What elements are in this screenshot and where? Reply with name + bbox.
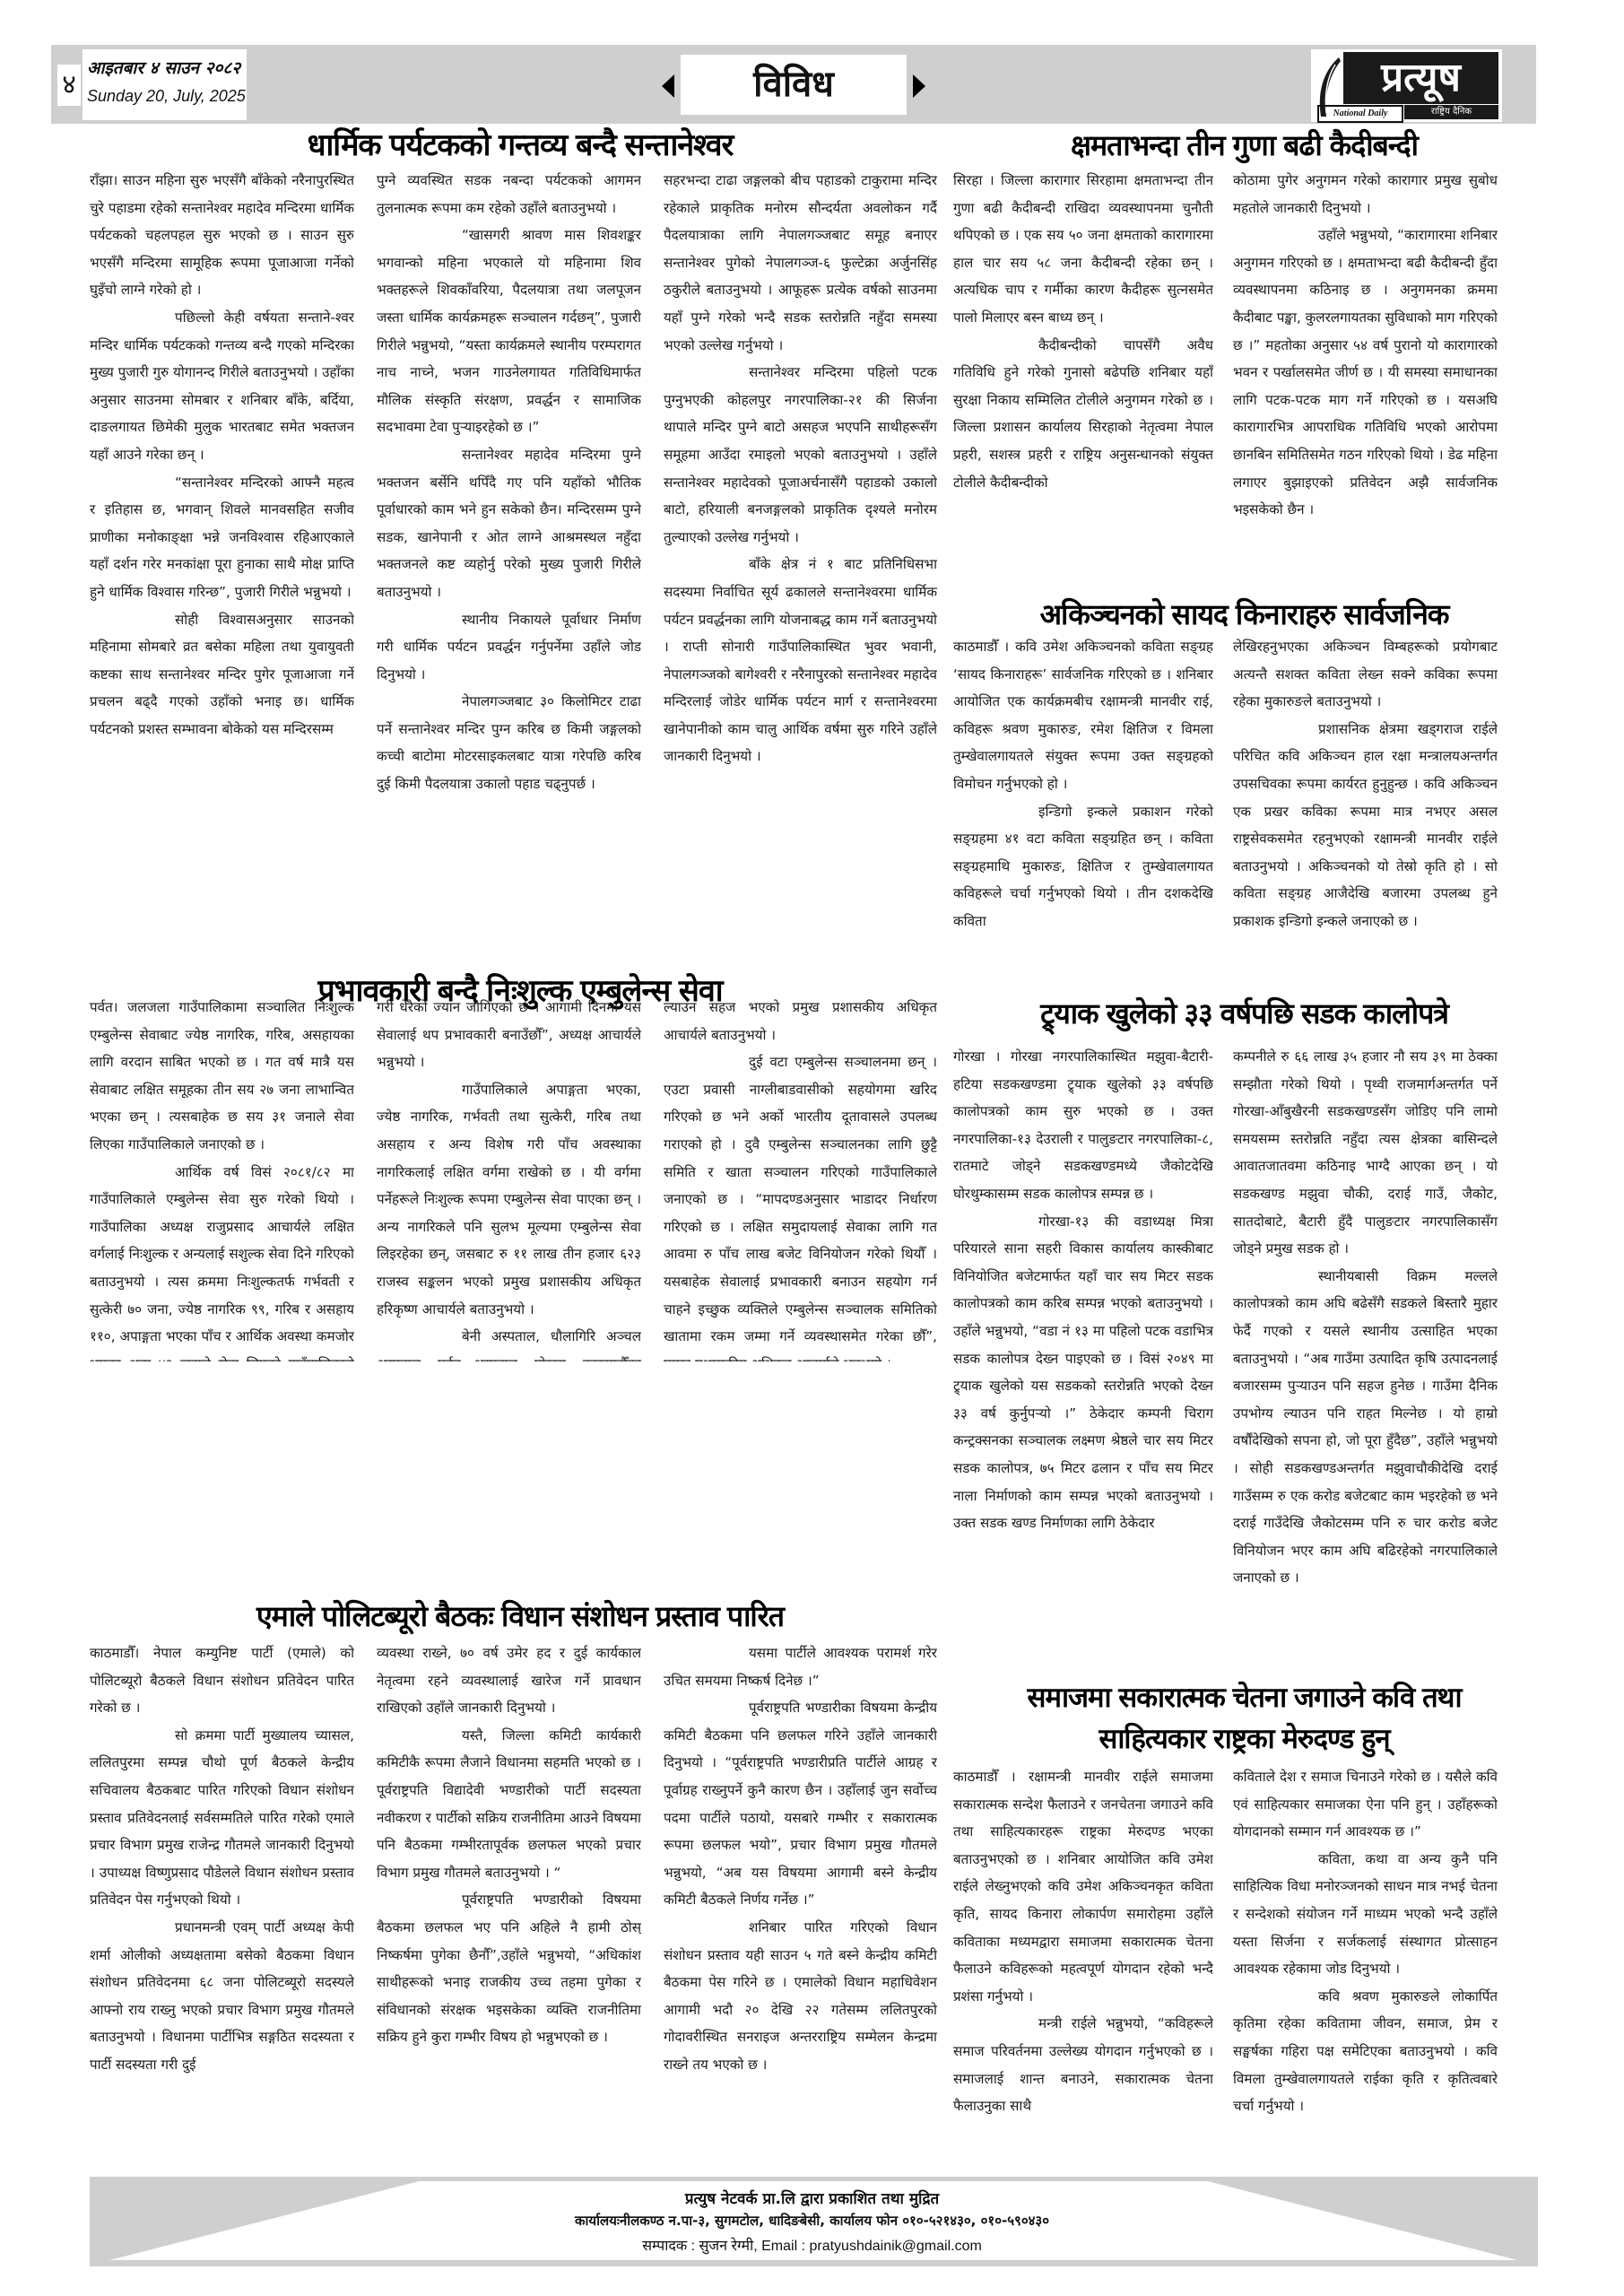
- headline: क्षमताभन्दा तीन गुणा बढी कैदीबन्दी: [951, 126, 1538, 165]
- paragraph: सिरहा । जिल्ला कारागार सिरहामा क्षमताभन्…: [953, 167, 1213, 332]
- paragraph: कविताले देश र समाज चिनाउने गरेको छ । यसै…: [1233, 1763, 1498, 1846]
- article-column: सिरहा । जिल्ला कारागार सिरहामा क्षमताभन्…: [953, 167, 1213, 597]
- date-nepali: आइतबार ४ साउन २०८२: [87, 56, 240, 79]
- paragraph: यस्तै, जिल्ला कमिटी कार्यकारी कमिटीकै रू…: [377, 1722, 641, 1887]
- logo-tagline-english: National Daily: [1317, 105, 1403, 123]
- paragraph: कवि श्रवण मुकारुङले लोकार्पित कृतिमा रहे…: [1233, 1983, 1498, 2120]
- article-column: कोठामा पुगेर अनुगमन गरेको कारागार प्रमुख…: [1233, 167, 1498, 597]
- paragraph: स्थानीयबासी विक्रम मल्लले कालोपत्रको काम…: [1233, 1263, 1498, 1592]
- paragraph: “खासगरी श्रावण मास शिवशङ्कर भगवान्को महि…: [377, 222, 641, 441]
- paragraph: यसमा पार्टीले आवश्यक परामर्श गरेर उचित स…: [664, 1639, 937, 1694]
- article-column: गरी धेरैको ज्यान जोगिएको छ । आगामी दिनमा…: [377, 994, 641, 1361]
- paragraph: बाँके क्षेत्र नं १ बाट प्रतिनिधिसभा सदस्…: [664, 551, 937, 770]
- paragraph: कम्पनीले रु ६६ लाख ३५ हजार नौ सय ३९ मा ठ…: [1233, 1043, 1498, 1263]
- article-column: राँझा। साउन महिना सुरु भएसँगै बाँकेको नर…: [90, 167, 354, 970]
- paragraph: सहरभन्दा टाढा जङ्गलको बीच पहाडको टाकुराम…: [664, 167, 937, 359]
- paragraph: काठमाडौँ । रक्षामन्त्री मानवीर राईले समा…: [953, 1763, 1213, 2010]
- paragraph: राँझा। साउन महिना सुरु भएसँगै बाँकेको नर…: [90, 167, 354, 304]
- paragraph: पूर्वराष्ट्रपति भण्डारीको विषयमा बैठकमा …: [377, 1886, 641, 2051]
- paragraph: गरी धेरैको ज्यान जोगिएको छ । आगामी दिनमा…: [377, 994, 641, 1076]
- article-column: सहरभन्दा टाढा जङ्गलको बीच पहाडको टाकुराम…: [664, 167, 937, 970]
- footer-editor-email: सम्पादक : सुजन रेग्मी, Email : pratyushd…: [0, 2235, 1624, 2255]
- paragraph: सोही विश्वासअनुसार साउनको महिनामा सोमबार…: [90, 606, 354, 744]
- paragraph: स्थानीय निकायले पूर्वाधार निर्माण गरी धा…: [377, 606, 641, 689]
- article-column: कविताले देश र समाज चिनाउने गरेको छ । यसै…: [1233, 1763, 1498, 2176]
- paragraph: पर्वत। जलजला गाउँपालिकामा सञ्चालित निःशु…: [90, 994, 354, 1159]
- headline-line-2: साहित्यकार राष्ट्रका मेरुदण्ड हुन्: [951, 1718, 1538, 1760]
- paragraph: शनिबार पारित गरिएको विधान संशोधन प्रस्ता…: [664, 1914, 937, 2079]
- article-column: पर्वत। जलजला गाउँपालिकामा सञ्चालित निःशु…: [90, 994, 354, 1361]
- paragraph: काठमाडौँ । कवि उमेश अकिञ्चनको कविता सङ्ग…: [953, 633, 1213, 798]
- paragraph: कविता, कथा वा अन्य कुनै पनि साहित्यिक वि…: [1233, 1846, 1498, 1983]
- triangle-right-icon: [913, 74, 925, 98]
- article-column: काठमाडौँ। नेपाल कम्युनिष्ट पार्टी (एमाले…: [90, 1639, 354, 2173]
- logo-name: प्रत्यूष: [1343, 52, 1498, 104]
- article-column: पुग्ने व्यवस्थित सडक नबन्दा पर्यटकको आगम…: [377, 167, 641, 970]
- headline: एमाले पोलिटब्यूरो बैठकः विधान संशोधन प्र…: [90, 1596, 951, 1636]
- paragraph: सन्तानेश्वर मन्दिरमा पहिलो पटक पुग्नुभएक…: [664, 359, 937, 551]
- page-number: ४: [57, 65, 81, 106]
- paragraph: प्रधानमन्त्री एवम् पार्टी अध्यक्ष केपी श…: [90, 1914, 354, 2079]
- paragraph: गाउँपालिकाले अपाङ्गता भएका, ज्येष्ठ नागर…: [377, 1076, 641, 1323]
- headline: धार्मिक पर्यटकको गन्तव्य बन्दै सन्तानेश्…: [90, 126, 951, 165]
- paragraph: पूर्वराष्ट्रपति भण्डारीका विषयमा केन्द्र…: [664, 1694, 937, 1914]
- date-english: Sunday 20, July, 2025: [87, 87, 246, 106]
- article-column: यसमा पार्टीले आवश्यक परामर्श गरेर उचित स…: [664, 1639, 937, 2173]
- paragraph: दुई वटा एम्बुलेन्स सञ्चालनमा छन् । एउटा …: [664, 1048, 937, 1361]
- headline: ट्र्याक खुलेको ३३ वर्षपछि सडक कालोपत्रे: [951, 994, 1538, 1033]
- paragraph: आर्थिक वर्ष विसं २०८१/८२ मा गाउँपालिकाले…: [90, 1159, 354, 1361]
- article-column: काठमाडौँ । कवि उमेश अकिञ्चनको कविता सङ्ग…: [953, 633, 1213, 990]
- headline: अकिञ्चनको सायद किनाराहरु सार्वजनिक: [951, 595, 1538, 634]
- paragraph: मन्त्री राईले भन्नुभयो, “कविहरूले समाज प…: [953, 2010, 1213, 2119]
- paragraph: सो क्रममा पार्टी मुख्यालय च्यासल, ललितपु…: [90, 1722, 354, 1914]
- paragraph: काठमाडौँ। नेपाल कम्युनिष्ट पार्टी (एमाले…: [90, 1639, 354, 1722]
- paragraph: ल्याउन सहज भएको प्रमुख प्रशासकीय अधिकृत …: [664, 994, 937, 1048]
- paragraph: लेखिरहनुभएका अकिञ्चन विम्बहरूको प्रयोगबा…: [1233, 633, 1498, 716]
- article-column: कम्पनीले रु ६६ लाख ३५ हजार नौ सय ३९ मा ठ…: [1233, 1043, 1498, 1671]
- section-title: विविध: [681, 55, 907, 115]
- paragraph: इन्डिगो इन्कले प्रकाशन गरेको सङ्ग्रहमा ४…: [953, 798, 1213, 935]
- triangle-left-icon: [662, 74, 674, 98]
- paragraph: कैदीबन्दीको चापसँगै अवैध गतिविधि हुने गर…: [953, 332, 1213, 497]
- headline-line-1: समाजमा सकारात्मक चेतना जगाउने कवि तथा: [951, 1677, 1538, 1718]
- paragraph: “सन्तानेश्वर मन्दिरको आफ्नै महत्व र इतिह…: [90, 469, 354, 606]
- paragraph: नेपालगञ्जबाट ३० किलोमिटर टाढा पर्ने सन्त…: [377, 688, 641, 797]
- paragraph: पुग्ने व्यवस्थित सडक नबन्दा पर्यटकको आगम…: [377, 167, 641, 222]
- paragraph: गोरखा-१३ की वडाध्यक्ष मित्रा परियारले सा…: [953, 1208, 1213, 1537]
- article-column: ल्याउन सहज भएको प्रमुख प्रशासकीय अधिकृत …: [664, 994, 937, 1361]
- paragraph: बेनी अस्पताल, धौलागिरि अञ्चल अस्पताल, पर…: [377, 1323, 641, 1361]
- paragraph: कोठामा पुगेर अनुगमन गरेको कारागार प्रमुख…: [1233, 167, 1498, 222]
- article-column: गोरखा । गोरखा नगरपालिकास्थित मझुवा-बैटार…: [953, 1043, 1213, 1671]
- logo-tagline-nepali: राष्ट्रिय दैनिक: [1404, 105, 1498, 119]
- paragraph: पछिल्लो केही वर्षयता सन्ताने-श्वर मन्दिर…: [90, 304, 354, 469]
- paragraph: सन्तानेश्वर महादेव मन्दिरमा पुग्ने भक्तज…: [377, 441, 641, 606]
- article-column: व्यवस्था राख्ने, ७० वर्ष उमेर हद र दुई क…: [377, 1639, 641, 2173]
- paragraph: व्यवस्था राख्ने, ७० वर्ष उमेर हद र दुई क…: [377, 1639, 641, 1722]
- footer-office-address: कार्यालयःनीलकण्ठ न.पा-३, सुगमटोल, धादिङब…: [0, 2212, 1624, 2230]
- paragraph: उहाँले भन्नुभयो, “कारागारमा शनिबार अनुगम…: [1233, 222, 1498, 524]
- paragraph: प्रशासनिक क्षेत्रमा खड्गराज राईले परिचित…: [1233, 716, 1498, 935]
- footer-publisher: प्रत्युष नेटवर्क प्रा.लि द्वारा प्रकाशित…: [0, 2187, 1624, 2208]
- article-column: काठमाडौँ । रक्षामन्त्री मानवीर राईले समा…: [953, 1763, 1213, 2176]
- article-column: लेखिरहनुभएका अकिञ्चन विम्बहरूको प्रयोगबा…: [1233, 633, 1498, 990]
- paragraph: गोरखा । गोरखा नगरपालिकास्थित मझुवा-बैटार…: [953, 1043, 1213, 1208]
